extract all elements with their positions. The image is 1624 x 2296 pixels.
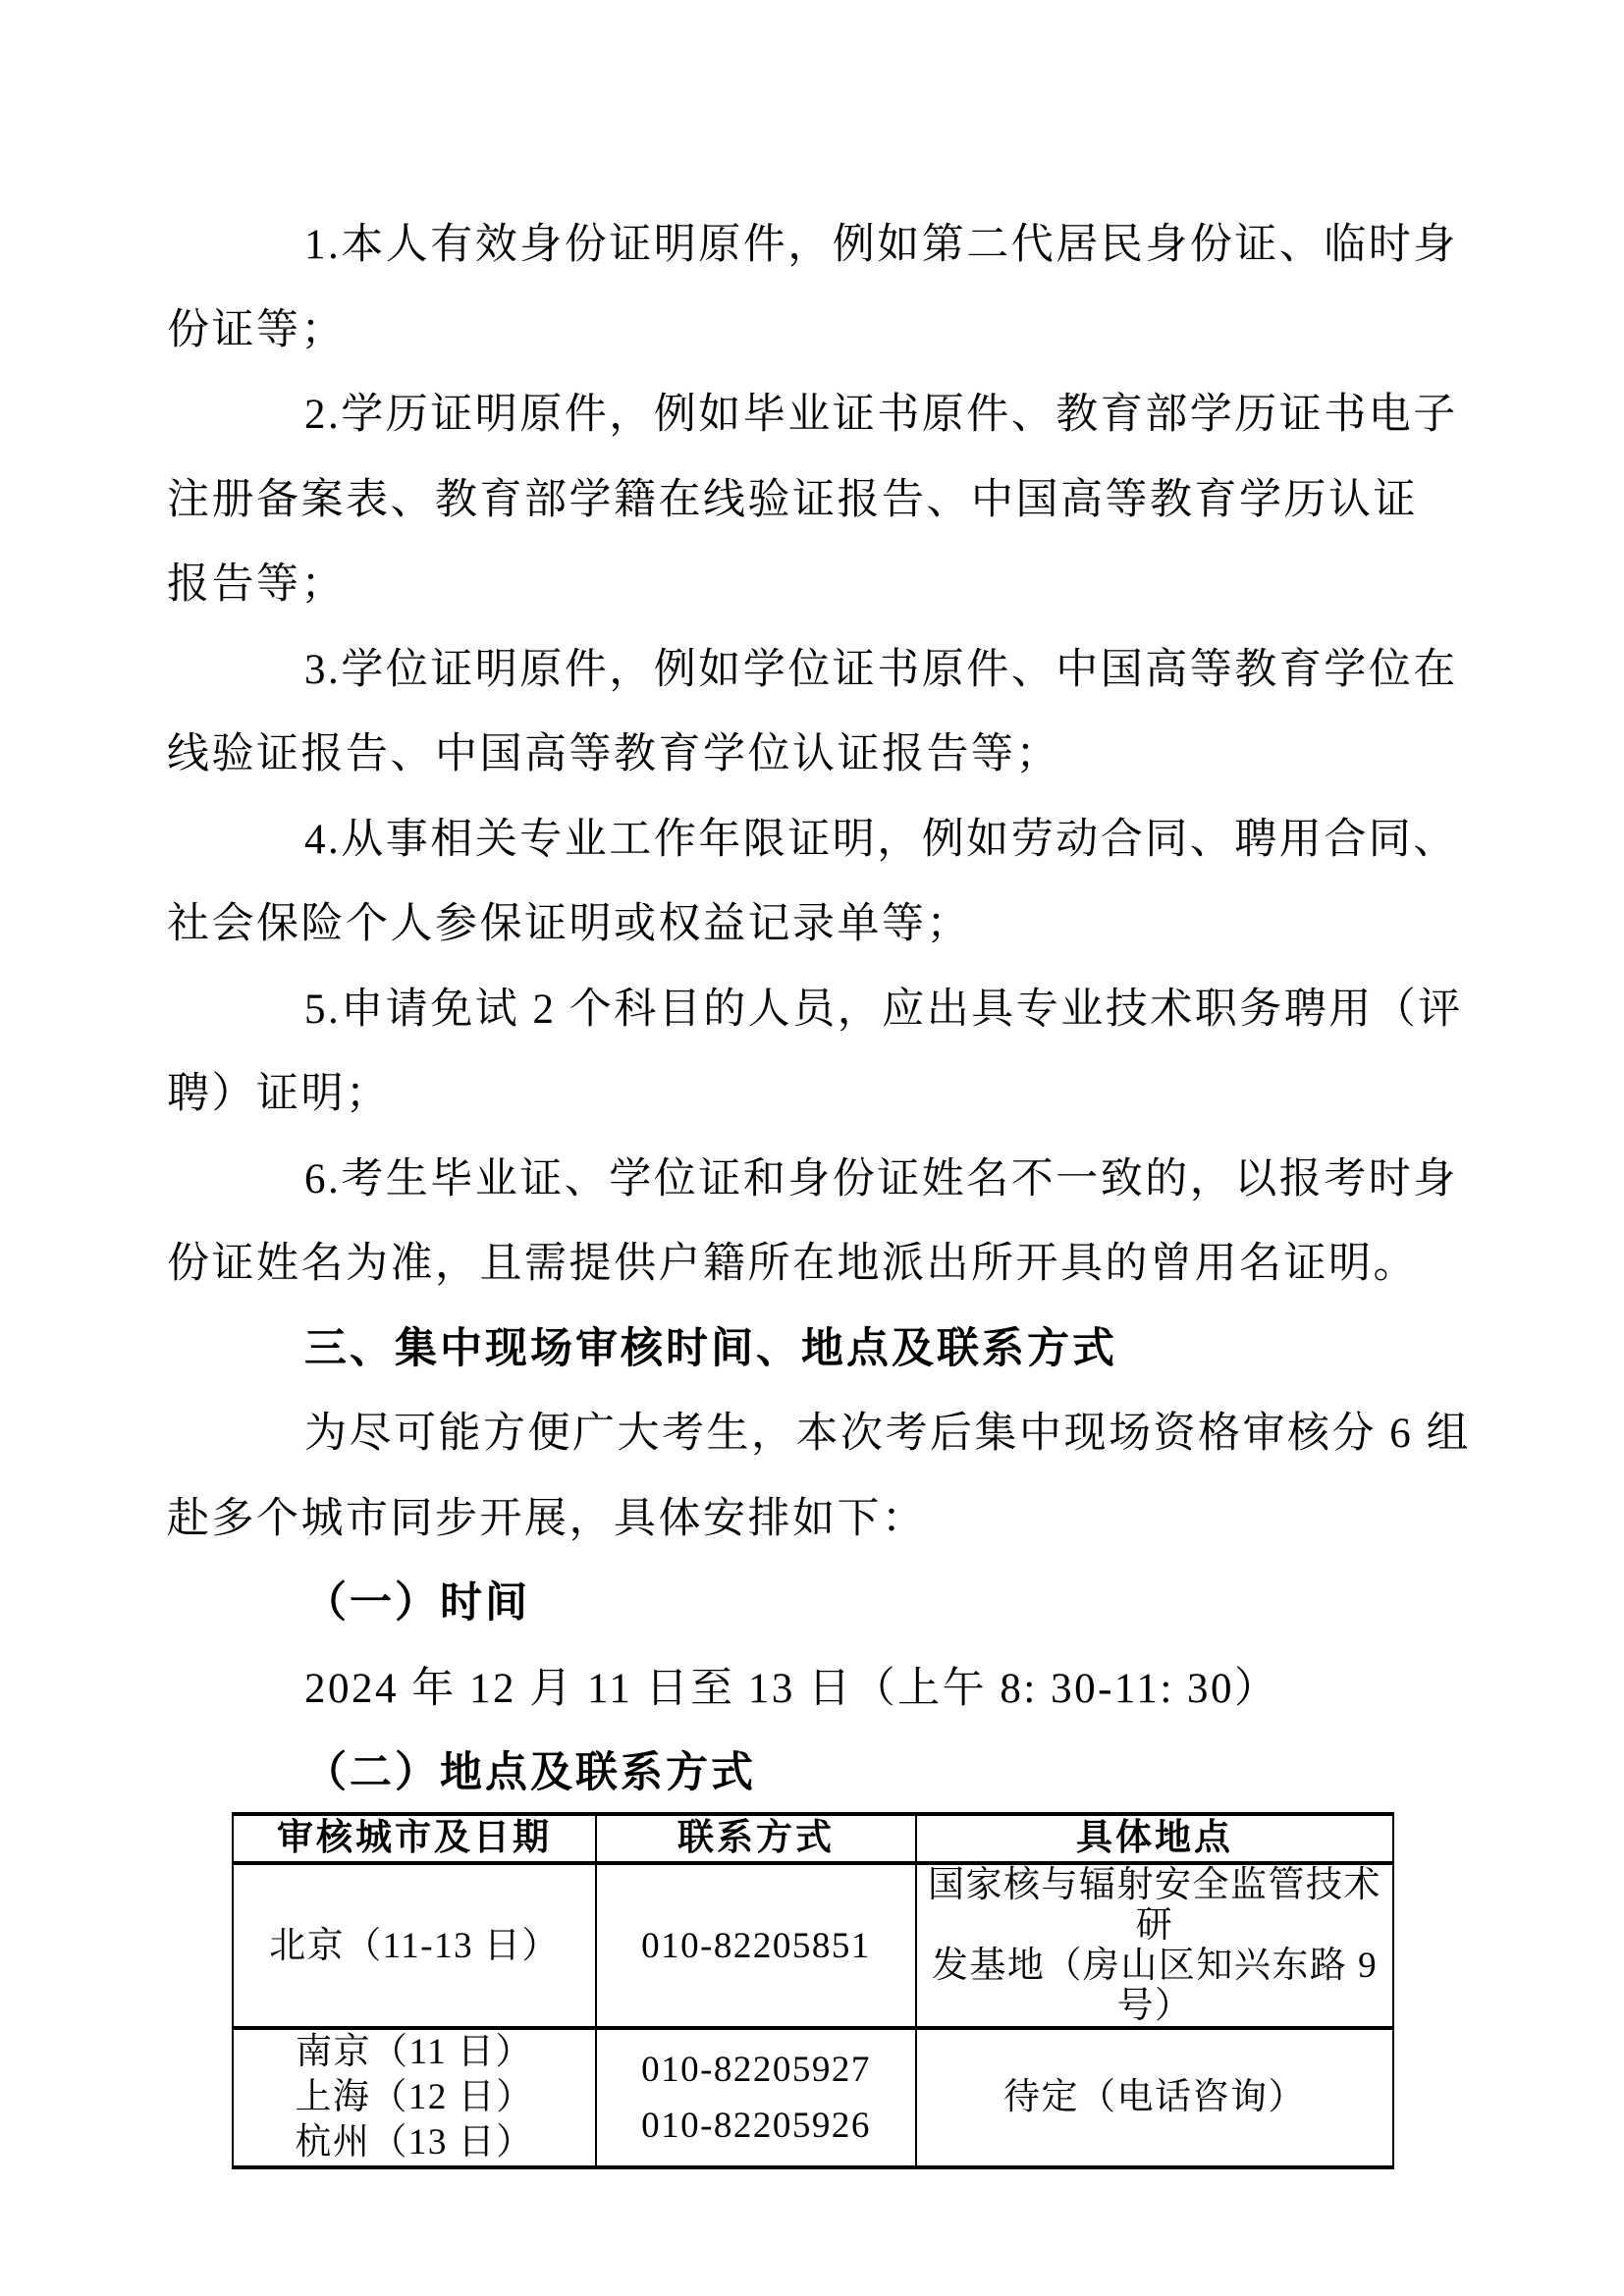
section-heading-3: 三、集中现场审核时间、地点及联系方式: [167, 1308, 1455, 1393]
table-row-beijing: 北京（11-13 日） 010-82205851 国家核与辐射安全监管技术研 发…: [233, 1863, 1393, 2028]
body-line-item5b: 聘）证明；: [167, 1052, 1455, 1138]
body-line-item6a: 6.考生毕业证、学位证和身份证姓名不一致的，以报考时身: [167, 1138, 1455, 1223]
body-line-item2a: 2.学历证明原件，例如毕业证书原件、教育部学历证书电子: [167, 373, 1455, 458]
document-body: 1.本人有效身份证明原件，例如第二代居民身份证、临时身 份证等； 2.学历证明原…: [167, 203, 1455, 1817]
cell-beijing-contact: 010-82205851: [596, 1863, 916, 2028]
body-line-item1b: 份证等；: [167, 289, 1455, 374]
subsection-heading-location: （二）地点及联系方式: [167, 1732, 1455, 1817]
table-header-contact: 联系方式: [596, 1814, 916, 1863]
cell-beijing-location: 国家核与辐射安全监管技术研 发基地（房山区知兴东路 9 号）: [916, 1863, 1393, 2028]
body-line-item4a: 4.从事相关专业工作年限证明，例如劳动合同、聘用合同、: [167, 798, 1455, 883]
cell-other-contact: 010-82205927 010-82205926: [596, 2028, 916, 2167]
body-line-item4b: 社会保险个人参保证明或权益记录单等；: [167, 882, 1455, 968]
cell-beijing-city: 北京（11-13 日）: [233, 1863, 596, 2028]
schedule-table: 审核城市及日期 联系方式 具体地点 北京（11-13 日） 010-822058…: [232, 1812, 1394, 2169]
body-line-item3b: 线验证报告、中国高等教育学位认证报告等；: [167, 713, 1455, 798]
body-line-item1a: 1.本人有效身份证明原件，例如第二代居民身份证、临时身: [167, 203, 1455, 289]
body-line-item2b: 注册备案表、教育部学籍在线验证报告、中国高等教育学历认证: [167, 458, 1455, 544]
body-line-item3a: 3.学位证明原件，例如学位证书原件、中国高等教育学位在: [167, 628, 1455, 714]
table-header-location: 具体地点: [916, 1814, 1393, 1863]
subsection-heading-time: （一）时间: [167, 1562, 1455, 1647]
body-line-item6b: 份证姓名为准，且需提供户籍所在地派出所开具的曾用名证明。: [167, 1222, 1455, 1308]
body-line-time-value: 2024 年 12 月 11 日至 13 日（上午 8: 30-11: 30）: [167, 1647, 1455, 1733]
table-row-nj-sh-hz: 南京（11 日） 上海（12 日） 杭州（13 日） 010-82205927 …: [233, 2028, 1393, 2167]
table-header-row: 审核城市及日期 联系方式 具体地点: [233, 1814, 1393, 1863]
body-line-intro-b: 赴多个城市同步开展，具体安排如下：: [167, 1477, 1455, 1563]
body-line-intro-a: 为尽可能方便广大考生，本次考后集中现场资格审核分 6 组: [167, 1392, 1455, 1477]
body-line-item2c: 报告等；: [167, 543, 1455, 628]
cell-other-cities: 南京（11 日） 上海（12 日） 杭州（13 日）: [233, 2028, 596, 2167]
body-line-item5a: 5.申请免试 2 个科目的人员，应出具专业技术职务聘用（评: [167, 968, 1455, 1053]
cell-other-location: 待定（电话咨询）: [916, 2028, 1393, 2167]
document-page: 1.本人有效身份证明原件，例如第二代居民身份证、临时身 份证等； 2.学历证明原…: [0, 0, 1624, 2296]
table-header-city-date: 审核城市及日期: [233, 1814, 596, 1863]
